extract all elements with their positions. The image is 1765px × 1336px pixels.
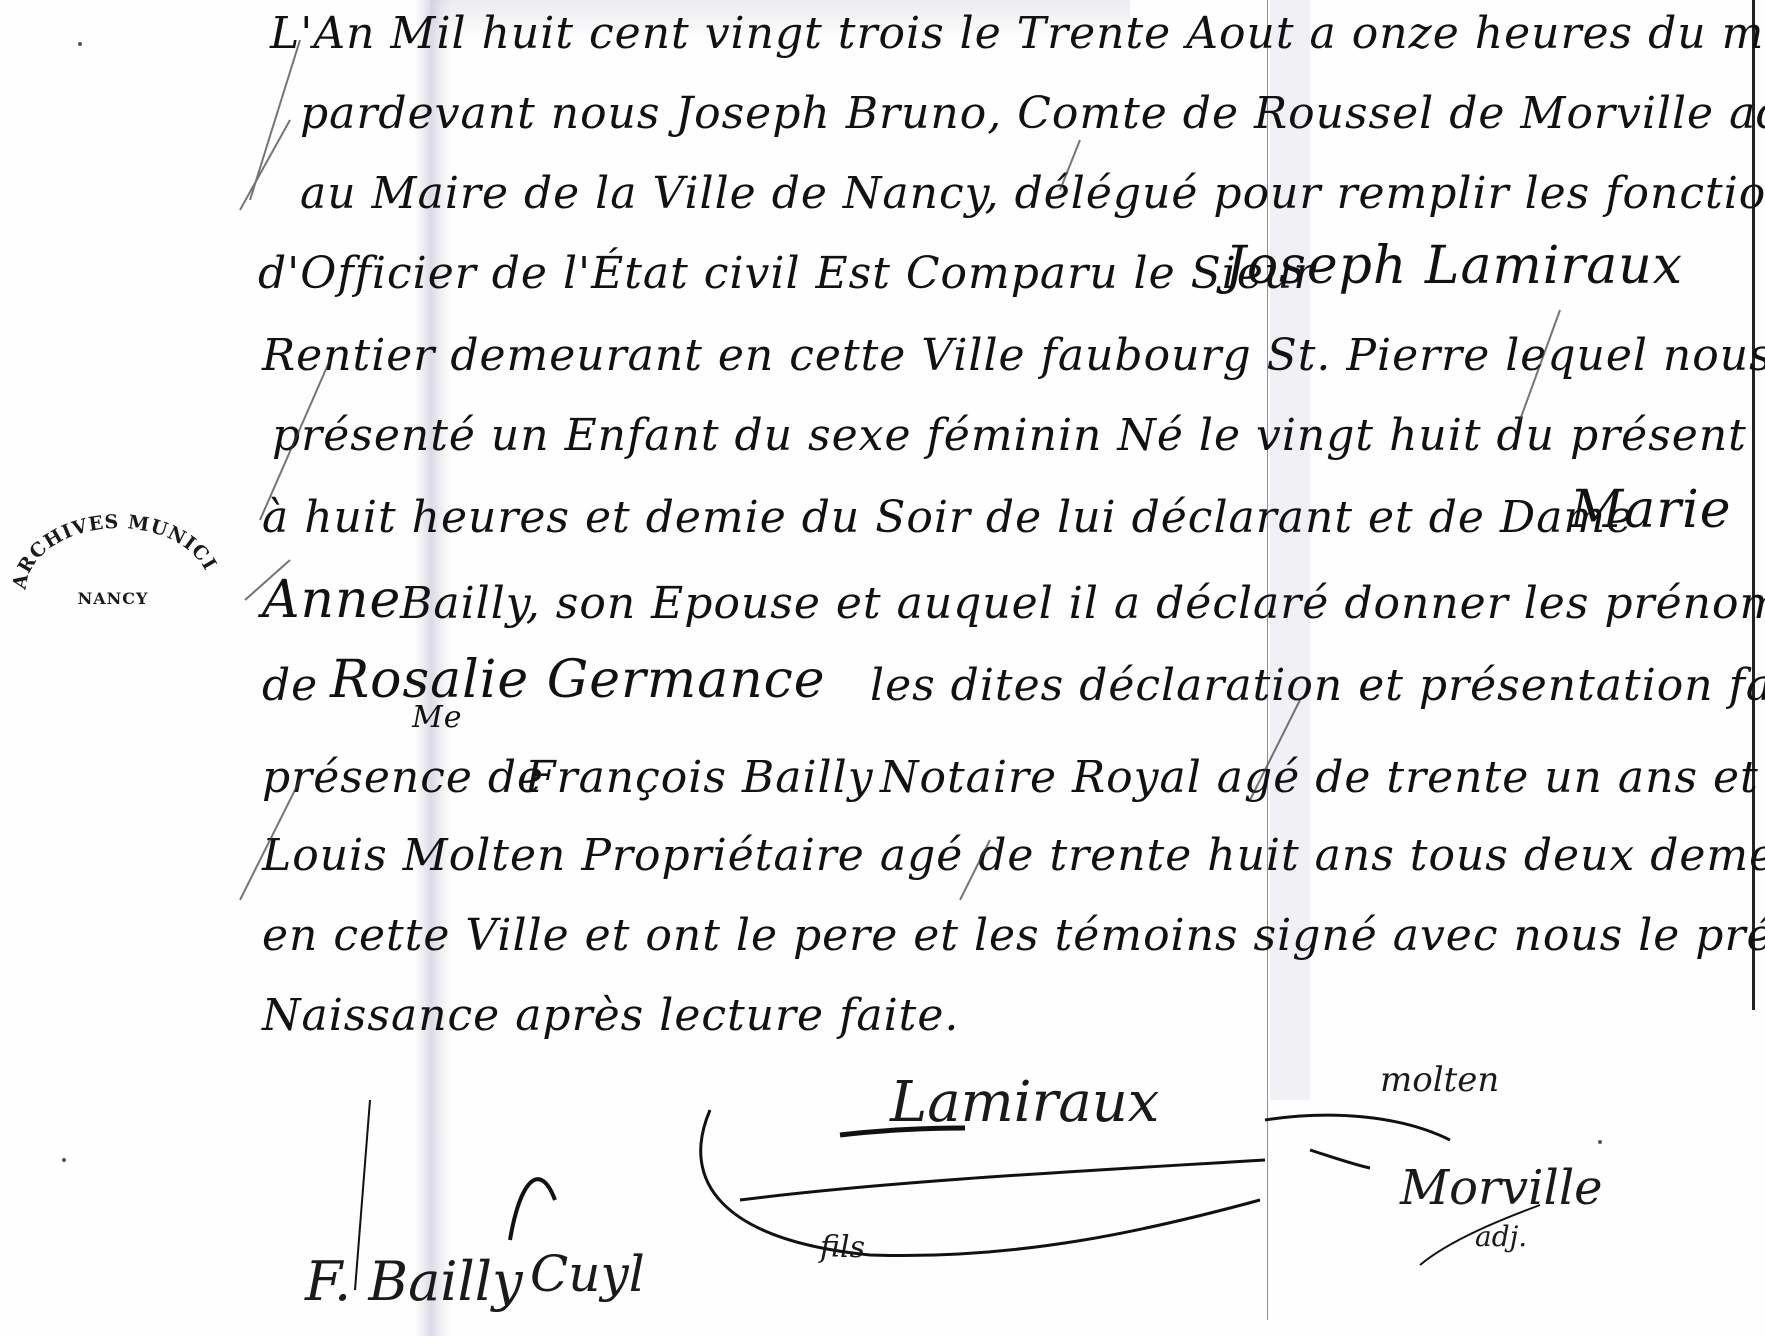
stamp-arc-text: ARCHIVES MUNICIPALES (8, 480, 218, 592)
document-page: ARCHIVES MUNICIPALES NANCY L'An Mil huit… (0, 0, 1765, 1336)
stamp-icon: ARCHIVES MUNICIPALES NANCY (8, 480, 218, 610)
text-line-12: en cette Ville et ont le pere et les tém… (262, 910, 1765, 961)
svg-text:ARCHIVES MUNICIPALES: ARCHIVES MUNICIPALES (8, 480, 218, 592)
text-line-10-start: présence de (262, 752, 544, 803)
text-line-7: à huit heures et demie du Soir de lui dé… (262, 492, 1633, 543)
text-line-13: Naissance après lecture faite. (262, 990, 959, 1041)
text-line-3: au Maire de la Ville de Nancy, délégué p… (300, 168, 1765, 219)
signature-paraph-fils: fils (820, 1230, 865, 1265)
signature-adjoint-title: adj. (1475, 1220, 1527, 1253)
witness-title: Me (412, 700, 462, 735)
signature-bailly-extra: Cuyl (530, 1245, 645, 1303)
speck (62, 1158, 66, 1162)
text-line-8: Bailly, son Epouse et auquel il a déclar… (400, 578, 1765, 629)
signature-bailly: F. Bailly (305, 1250, 523, 1313)
father-name: Joseph Lamiraux (1225, 236, 1683, 296)
stamp-city: NANCY (78, 589, 149, 608)
child-name: Rosalie Germance (330, 650, 826, 710)
text-line-5: Rentier demeurant en cette Ville faubour… (262, 330, 1765, 381)
mother-first-name: Marie (1570, 480, 1732, 540)
signature-lamiraux: Lamiraux (890, 1070, 1159, 1135)
text-line-9-rest: les dites déclaration et présentation fa… (870, 660, 1765, 711)
witness-1-name: François Bailly (525, 752, 874, 803)
mother-name-start: Anne (262, 570, 401, 630)
signature-morville: Morville (1400, 1160, 1603, 1216)
text-line-4: d'Officier de l'État civil Est Comparu l… (258, 248, 1315, 299)
text-line-1: L'An Mil huit cent vingt trois le Trente… (270, 8, 1750, 59)
speck (78, 42, 82, 46)
text-line-10-rest: Notaire Royal agé de trente un ans et (880, 752, 1759, 803)
text-line-2: pardevant nous Joseph Bruno, Comte de Ro… (300, 88, 1765, 139)
speck (1598, 1140, 1602, 1144)
text-line-6: présenté un Enfant du sexe féminin Né le… (272, 410, 1765, 461)
text-line-9-start: de (262, 660, 318, 711)
text-line-11: Louis Molten Propriétaire agé de trente … (262, 830, 1765, 881)
signature-molten: molten (1380, 1060, 1499, 1100)
archives-stamp: ARCHIVES MUNICIPALES NANCY (8, 480, 218, 610)
